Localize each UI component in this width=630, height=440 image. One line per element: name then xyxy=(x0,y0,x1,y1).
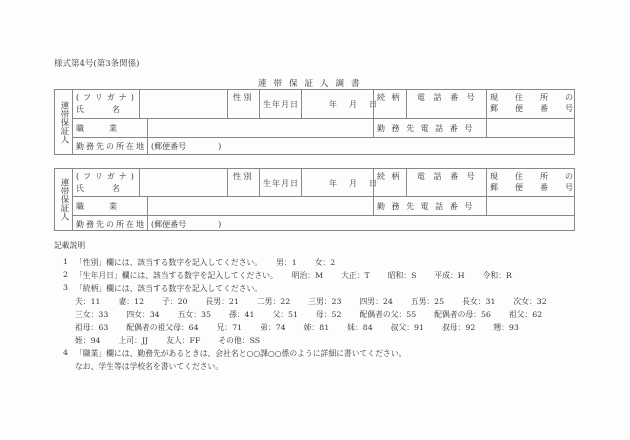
note-codes: 明治：M大正：T昭和：S平成：H令和：R xyxy=(292,271,512,280)
address-postal-label: 号 xyxy=(565,103,573,114)
work-phone-label: 勤 務 先 電 話 番 号 xyxy=(377,123,474,134)
code-entry: 孫：41 xyxy=(229,310,255,319)
note-number: 1 xyxy=(63,257,68,266)
occupation-label: 職 業 xyxy=(76,201,120,212)
code-entry: 四男：24 xyxy=(359,297,392,306)
code-entry: 子：20 xyxy=(162,297,188,306)
code-entry: 叔母：92 xyxy=(442,323,475,332)
work-phone-label: 勤 務 先 電 話 番 号 xyxy=(377,201,474,212)
occupation-input[interactable] xyxy=(148,196,373,215)
code-entry: 三男：23 xyxy=(308,297,341,306)
gender-input[interactable] xyxy=(228,100,259,118)
code-entry: 姪：94 xyxy=(75,336,101,345)
divider xyxy=(259,90,260,118)
address-postal-label: 番 xyxy=(540,103,548,114)
code-entry: 明治：M xyxy=(292,271,323,280)
code-entry: 母：52 xyxy=(316,310,342,319)
code-entry: 平成：H xyxy=(434,271,464,280)
address-postal-label: 住 xyxy=(515,171,523,182)
divider xyxy=(373,118,374,137)
code-entry: 夫：11 xyxy=(75,297,101,306)
note-number: 2 xyxy=(63,270,68,279)
divider xyxy=(72,169,73,230)
divider xyxy=(147,137,148,154)
code-entry: 五男：25 xyxy=(411,297,444,306)
name-label: 氏 名 xyxy=(76,104,121,115)
relationship-input[interactable] xyxy=(374,181,406,196)
relationship-codes-line: 祖母：63配偶者の祖父母：64兄：71弟：74姉：81妹：84叔父：91叔母：9… xyxy=(75,322,519,333)
code-entry: 祖母：63 xyxy=(75,323,108,332)
divider xyxy=(373,196,374,215)
address-postal-label: 現 xyxy=(490,171,498,182)
name-label: 氏 名 xyxy=(76,183,121,194)
code-entry: 弟：74 xyxy=(260,323,286,332)
workplace-address-label: 勤務先の所在地 xyxy=(76,141,146,152)
note-codes: 男：1女：2 xyxy=(276,258,335,267)
code-entry: 二男：22 xyxy=(257,297,290,306)
code-entry: 上司：JJ xyxy=(119,336,149,345)
code-entry: 友人：FF xyxy=(166,336,200,345)
code-entry: 妻：12 xyxy=(119,297,145,306)
address-postal-label: 便 xyxy=(515,103,523,114)
divider xyxy=(72,90,73,154)
furigana-label: (フリガナ) xyxy=(76,92,138,103)
relationship-codes-line: 三女：33四女：34五女：35孫：41父：51母：52配偶者の父：55配偶者の母… xyxy=(75,309,542,320)
note-4-continuation: なお、学生等は学校名を書いてください。 xyxy=(75,361,223,372)
note-text-body: 「続柄」欄には、該当する数字を記入してください。 xyxy=(75,284,262,293)
code-entry: 女：2 xyxy=(315,258,336,267)
code-entry: 兄：71 xyxy=(217,323,243,332)
occupation-input[interactable] xyxy=(148,118,373,137)
address-postal-label: 所 xyxy=(540,92,548,103)
note-text-body: 「性別」欄には、該当する数字を記入してください。 xyxy=(75,258,262,267)
side-label-cell: 連帯保証人 xyxy=(55,169,72,230)
code-entry: 父：51 xyxy=(272,310,298,319)
note-text-body: 「生年月日」欄には、該当する数字を記入してください。 xyxy=(75,271,278,280)
code-entry: 配偶者の祖父母：64 xyxy=(126,323,198,332)
code-entry: 姉：81 xyxy=(304,323,330,332)
code-entry: 大正：T xyxy=(341,271,370,280)
address-postal-label: 所 xyxy=(540,171,548,182)
divider xyxy=(259,169,260,196)
code-entry: 甥：93 xyxy=(493,323,519,332)
code-entry: 配偶者の母：56 xyxy=(434,310,491,319)
work-phone-input[interactable] xyxy=(487,196,575,215)
code-entry: 配偶者の父：55 xyxy=(359,310,416,319)
side-label: 連帯保証人 xyxy=(59,178,68,221)
address-postal-label: 現 xyxy=(490,92,498,103)
postal-code-prefix: (郵便番号 ) xyxy=(151,141,221,152)
divider xyxy=(147,215,148,230)
code-entry: 長男：21 xyxy=(206,297,239,306)
address-postal-label: 番 xyxy=(540,182,548,193)
address-postal-label: の xyxy=(565,171,573,182)
side-label: 連帯保証人 xyxy=(59,101,68,144)
code-entry: 長女：31 xyxy=(462,297,495,306)
phone-input[interactable] xyxy=(407,102,486,118)
guarantor-table: 連帯保証人(フリガナ)氏 名性 別生年月日年 月 日続 柄電 話 番 号職 業勤… xyxy=(54,168,575,231)
work-phone-input[interactable] xyxy=(487,118,575,137)
phone-input[interactable] xyxy=(407,181,486,196)
address-postal-label: 郵 xyxy=(490,103,498,114)
code-entry: その他：SS xyxy=(218,336,260,345)
note-text: 「性別」欄には、該当する数字を記入してください。男：1女：2 xyxy=(75,257,335,268)
name-input[interactable] xyxy=(140,169,227,196)
document-title: 連帯保証人調書 xyxy=(258,77,367,89)
code-entry: 令和：R xyxy=(483,271,512,280)
birthdate-label: 生年月日 xyxy=(263,99,299,110)
note-text: 「続柄」欄には、該当する数字を記入してください。 xyxy=(75,283,262,294)
note-text: 「職業」欄には、勤務先があるときは、会社名と○○課○○係のように詳細に書いてくだ… xyxy=(75,348,406,359)
address-postal-label: の xyxy=(565,92,573,103)
name-input[interactable] xyxy=(140,90,227,118)
postal-code-prefix: (郵便番号 ) xyxy=(151,219,221,230)
birthdate-input[interactable] xyxy=(302,90,373,118)
note-number: 4 xyxy=(63,348,68,357)
relationship-codes-line: 夫：11妻：12子：20長男：21二男：22三男：23四男：24五男：25長女：… xyxy=(75,296,547,307)
workplace-address-input[interactable] xyxy=(225,215,575,231)
address-postal-label: 便 xyxy=(515,182,523,193)
gender-input[interactable] xyxy=(228,179,259,196)
workplace-address-label: 勤務先の所在地 xyxy=(76,219,146,230)
code-entry: 妹：84 xyxy=(347,323,373,332)
address-postal-label: 郵 xyxy=(490,182,498,193)
code-entry: 祖父：62 xyxy=(509,310,542,319)
birthdate-label: 生年月日 xyxy=(263,178,299,189)
note-text: 「生年月日」欄には、該当する数字を記入してください。明治：M大正：T昭和：S平成… xyxy=(75,270,512,281)
code-entry: 男：1 xyxy=(276,258,297,267)
notes-heading: 記載説明 xyxy=(54,240,85,251)
note-text-body: 「職業」欄には、勤務先があるときは、会社名と○○課○○係のように詳細に書いてくだ… xyxy=(75,349,406,358)
code-entry: 叔父：91 xyxy=(391,323,424,332)
form-number: 様式第4号(第3条関係) xyxy=(54,57,139,69)
address-postal-label: 住 xyxy=(515,92,523,103)
relationship-input[interactable] xyxy=(374,102,406,118)
birthdate-input[interactable] xyxy=(302,169,373,196)
code-entry: 昭和：S xyxy=(388,271,417,280)
relationship-codes-line: 姪：94上司：JJ友人：FFその他：SS xyxy=(75,335,260,346)
divider xyxy=(486,169,487,196)
code-entry: 四女：34 xyxy=(126,310,159,319)
workplace-address-input[interactable] xyxy=(225,137,575,153)
code-entry: 三女：33 xyxy=(75,310,108,319)
code-entry: 五女：35 xyxy=(178,310,211,319)
guarantor-table: 連帯保証人(フリガナ)氏 名性 別生年月日年 月 日続 柄電 話 番 号職 業勤… xyxy=(54,89,575,155)
note-number: 3 xyxy=(63,283,68,292)
furigana-label: (フリガナ) xyxy=(76,171,138,182)
side-label-cell: 連帯保証人 xyxy=(55,90,72,154)
code-entry: 次女：32 xyxy=(513,297,546,306)
address-postal-label: 号 xyxy=(565,182,573,193)
occupation-label: 職 業 xyxy=(76,123,120,134)
divider xyxy=(486,90,487,118)
